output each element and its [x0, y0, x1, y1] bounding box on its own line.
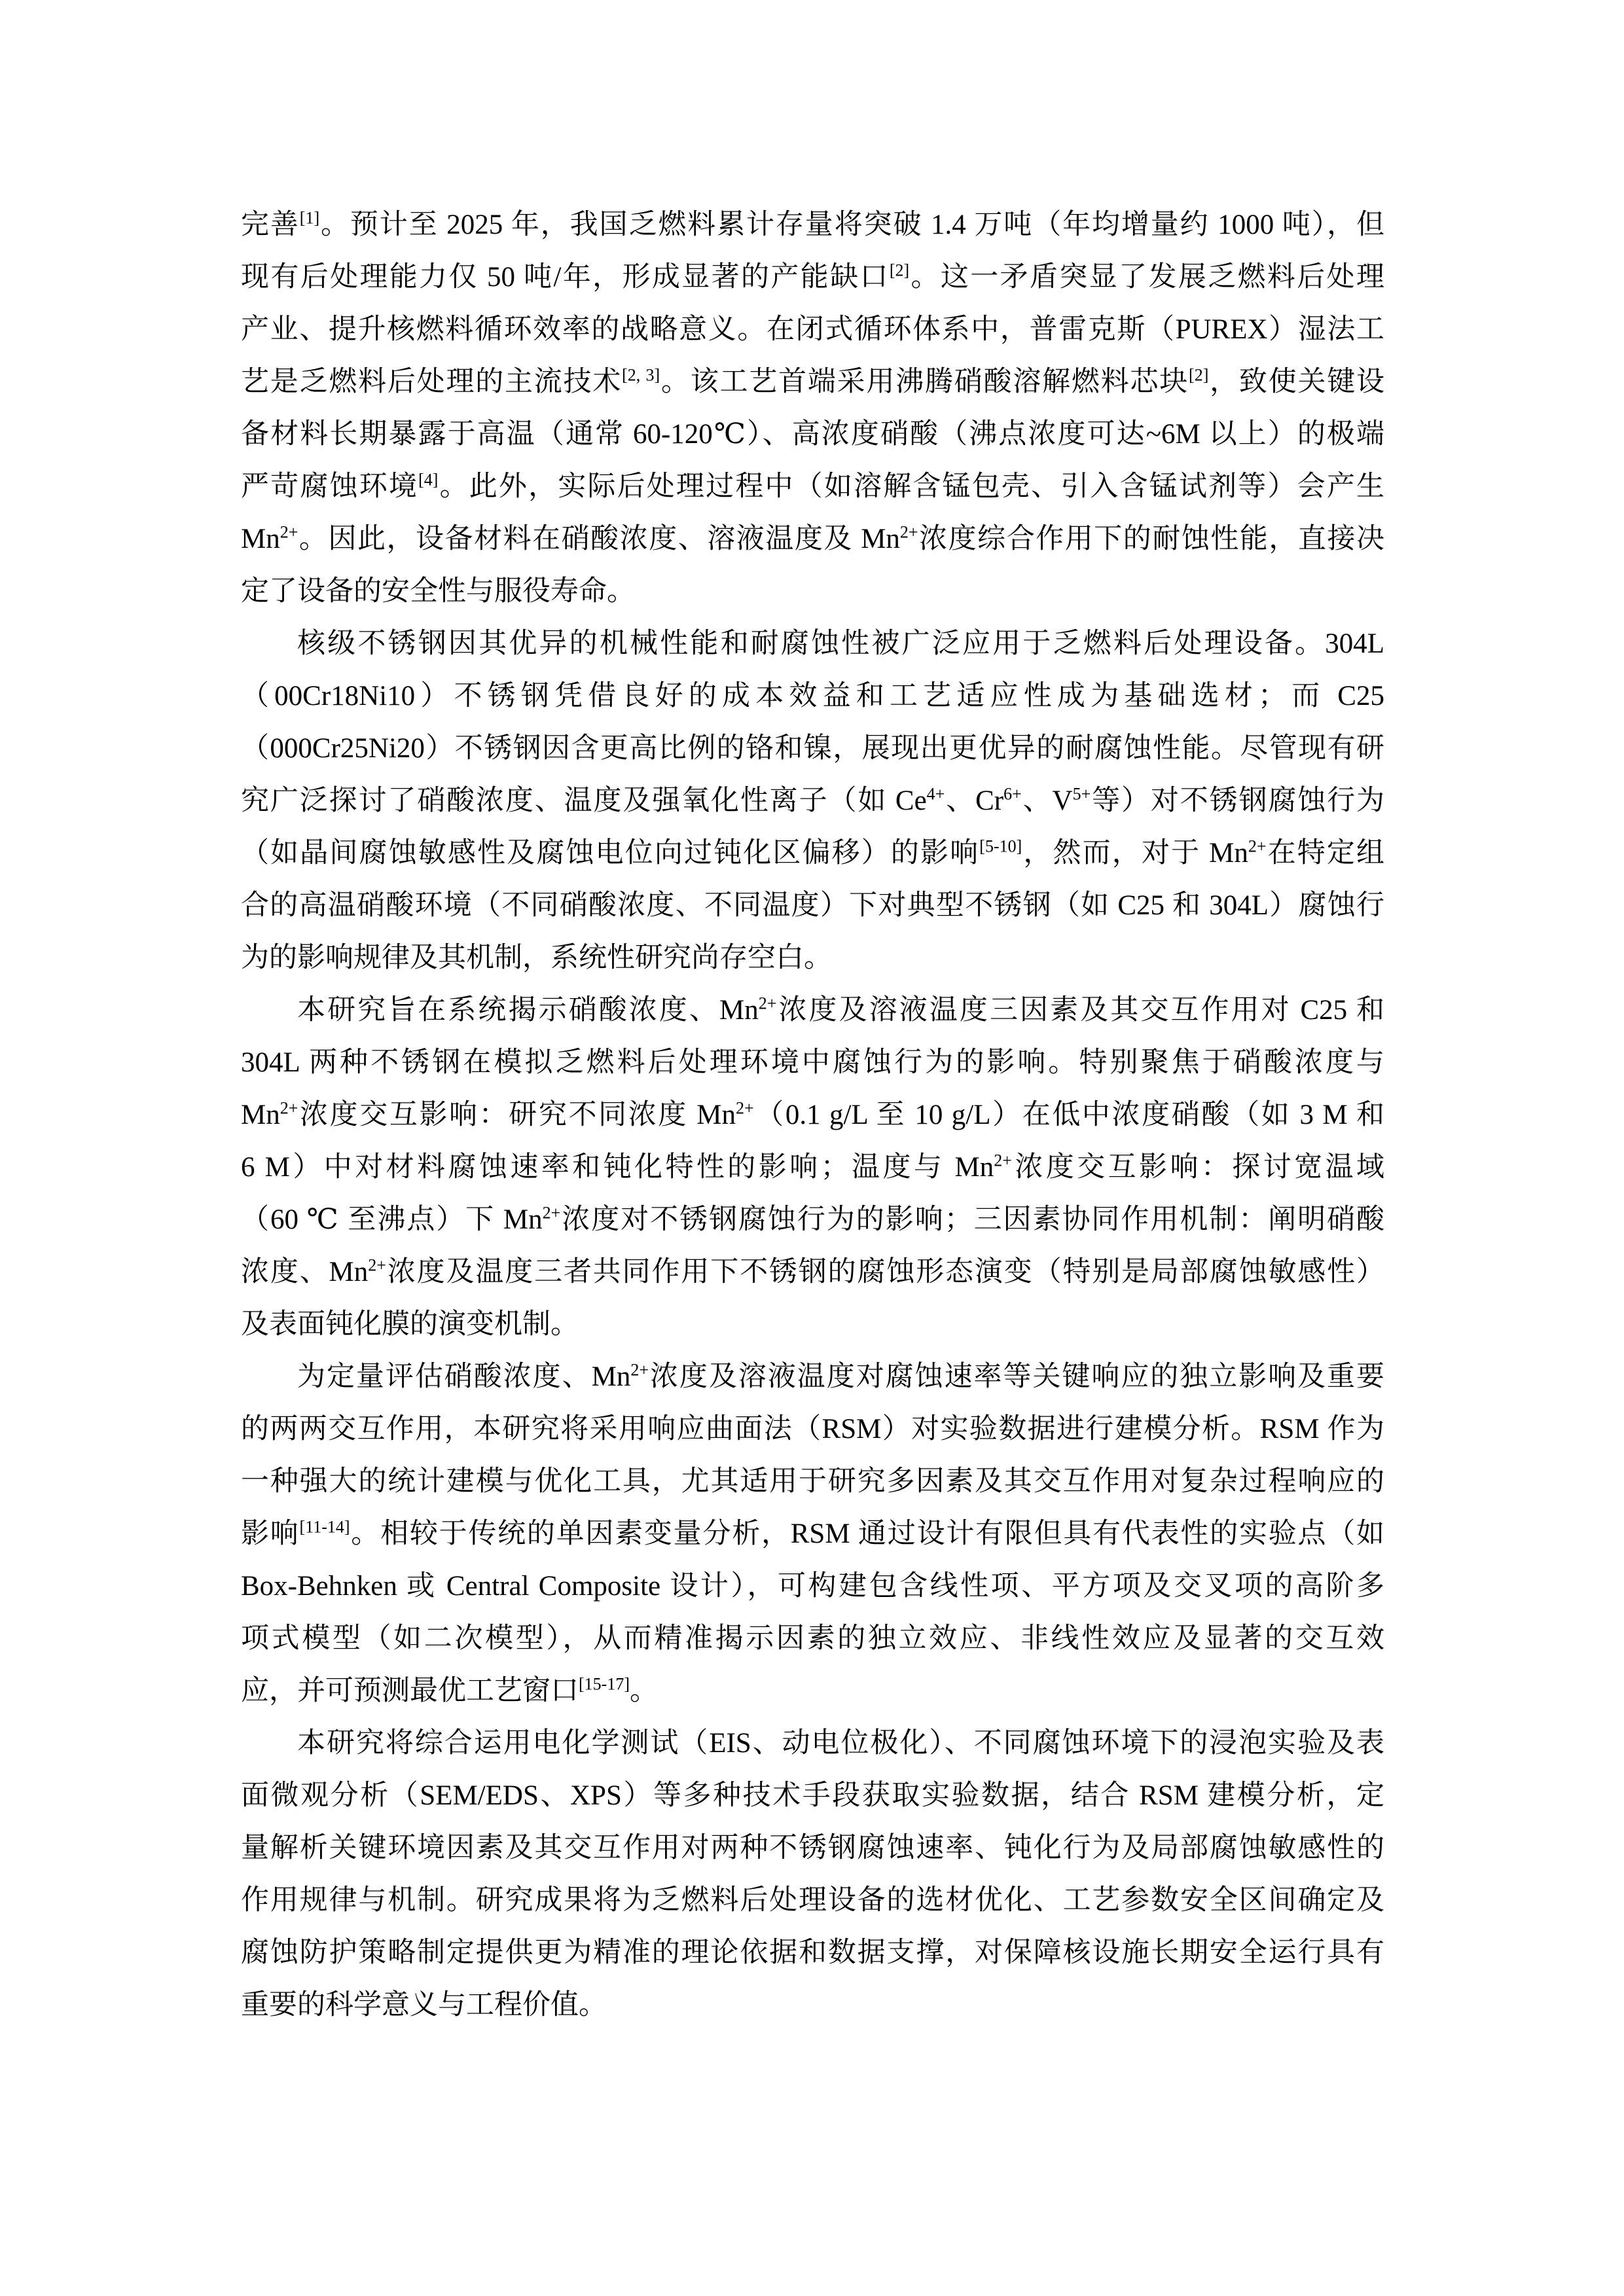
- text-line: 究广泛探讨了硝酸浓度、温度及强氧化性离子（如 Ce4+、Cr6+、V5+等）对不…: [241, 775, 1384, 827]
- text-line: 艺是乏燃料后处理的主流技术[2, 3]。该工艺首端采用沸腾硝酸溶解燃料芯块[2]…: [241, 356, 1384, 408]
- text-line: Box-Behnken 或 Central Composite 设计），可构建包…: [241, 1560, 1384, 1613]
- text-line: 合的高温硝酸环境（不同硝酸浓度、不同温度）下对典型不锈钢（如 C25 和 304…: [241, 880, 1384, 932]
- text-line: 现有后处理能力仅 50 吨/年，形成显著的产能缺口[2]。这一矛盾突显了发展乏燃…: [241, 251, 1384, 304]
- text-line: Mn2+。因此，设备材料在硝酸浓度、溶液温度及 Mn2+浓度综合作用下的耐蚀性能…: [241, 513, 1384, 565]
- document-page: 完善[1]。预计至 2025 年，我国乏燃料累计存量将突破 1.4 万吨（年均增…: [0, 0, 1624, 2296]
- text-line: 项式模型（如二次模型），从而精准揭示因素的独立效应、非线性效应及显著的交互效: [241, 1613, 1384, 1665]
- text-line: 及表面钝化膜的演变机制。: [241, 1299, 1384, 1351]
- text-line: 核级不锈钢因其优异的机械性能和耐腐蚀性被广泛应用于乏燃料后处理设备。304L: [241, 618, 1384, 670]
- text-line: 产业、提升核燃料循环效率的战略意义。在闭式循环体系中，普雷克斯（PUREX）湿法…: [241, 304, 1384, 356]
- text-line: 浓度、Mn2+浓度及温度三者共同作用下不锈钢的腐蚀形态演变（特别是局部腐蚀敏感性…: [241, 1246, 1384, 1299]
- text-line: （60 ℃ 至沸点）下 Mn2+浓度对不锈钢腐蚀行为的影响；三因素协同作用机制：…: [241, 1194, 1384, 1246]
- text-line: 一种强大的统计建模与优化工具，尤其适用于研究多因素及其交互作用对复杂过程响应的: [241, 1456, 1384, 1508]
- text-line: （如晶间腐蚀敏感性及腐蚀电位向过钝化区偏移）的影响[5-10]，然而，对于 Mn…: [241, 827, 1384, 880]
- text-line: 重要的科学意义与工程价值。: [241, 1979, 1384, 2032]
- text-line: （00Cr18Ni10）不锈钢凭借良好的成本效益和工艺适应性成为基础选材；而 C…: [241, 670, 1384, 723]
- text-line: 应，并可预测最优工艺窗口[15-17]。: [241, 1665, 1384, 1717]
- text-line: 定了设备的安全性与服役寿命。: [241, 565, 1384, 618]
- text-line: 的两两交互作用，本研究将采用响应曲面法（RSM）对实验数据进行建模分析。RSM …: [241, 1403, 1384, 1456]
- text-line: 为的影响规律及其机制，系统性研究尚存空白。: [241, 932, 1384, 984]
- text-line: 本研究旨在系统揭示硝酸浓度、Mn2+浓度及溶液温度三因素及其交互作用对 C25 …: [241, 984, 1384, 1037]
- text-line: Mn2+浓度交互影响：研究不同浓度 Mn2+（0.1 g/L 至 10 g/L）…: [241, 1089, 1384, 1141]
- text-line: 影响[11-14]。相较于传统的单因素变量分析，RSM 通过设计有限但具有代表性…: [241, 1508, 1384, 1560]
- text-line: 备材料长期暴露于高温（通常 60-120℃）、高浓度硝酸（沸点浓度可达~6M 以…: [241, 408, 1384, 461]
- text-line: 严苛腐蚀环境[4]。此外，实际后处理过程中（如溶解含锰包壳、引入含锰试剂等）会产…: [241, 461, 1384, 513]
- body-text: 完善[1]。预计至 2025 年，我国乏燃料累计存量将突破 1.4 万吨（年均增…: [241, 199, 1384, 2032]
- text-line: 作用规律与机制。研究成果将为乏燃料后处理设备的选材优化、工艺参数安全区间确定及: [241, 1874, 1384, 1927]
- text-line: （000Cr25Ni20）不锈钢因含更高比例的铬和镍，展现出更优异的耐腐蚀性能。…: [241, 723, 1384, 775]
- text-line: 304L 两种不锈钢在模拟乏燃料后处理环境中腐蚀行为的影响。特别聚焦于硝酸浓度与: [241, 1037, 1384, 1089]
- text-line: 为定量评估硝酸浓度、Mn2+浓度及溶液温度对腐蚀速率等关键响应的独立影响及重要: [241, 1351, 1384, 1403]
- text-line: 量解析关键环境因素及其交互作用对两种不锈钢腐蚀速率、钝化行为及局部腐蚀敏感性的: [241, 1822, 1384, 1874]
- text-line: 本研究将综合运用电化学测试（EIS、动电位极化）、不同腐蚀环境下的浸泡实验及表: [241, 1717, 1384, 1770]
- text-line: 完善[1]。预计至 2025 年，我国乏燃料累计存量将突破 1.4 万吨（年均增…: [241, 199, 1384, 251]
- text-line: 面微观分析（SEM/EDS、XPS）等多种技术手段获取实验数据，结合 RSM 建…: [241, 1770, 1384, 1822]
- text-line: 腐蚀防护策略制定提供更为精准的理论依据和数据支撑，对保障核设施长期安全运行具有: [241, 1927, 1384, 1979]
- text-line: 6 M）中对材料腐蚀速率和钝化特性的影响；温度与 Mn2+浓度交互影响：探讨宽温…: [241, 1141, 1384, 1194]
